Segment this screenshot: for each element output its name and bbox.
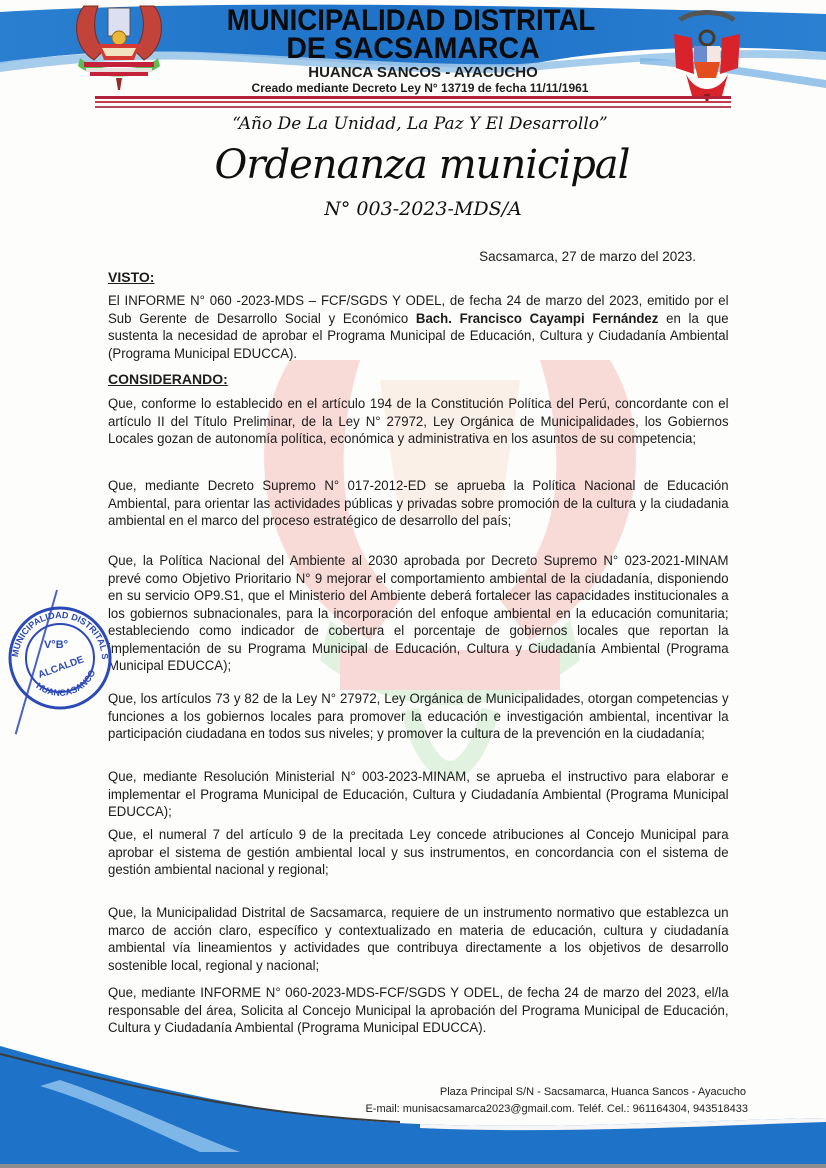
document-type-title: Ordenanza municipal [0, 142, 826, 188]
svg-text:V°B°: V°B° [44, 639, 68, 651]
year-motto: “Año De La Unidad, La Paz Y El Desarroll… [0, 114, 826, 134]
considerando-paragraph: Que, el numeral 7 del artículo 9 de la p… [108, 826, 729, 879]
page-bottom-edge [0, 1164, 826, 1168]
header-divider [95, 101, 731, 103]
footer-address: Plaza Principal S/N - Sacsamarca, Huanca… [440, 1086, 746, 1098]
ordinance-page: MUNICIPALIDAD DISTRITAL DE SACSAMARCA HU… [0, 0, 826, 1168]
considerando-paragraph: Que, la Política Nacional del Ambiente a… [108, 552, 729, 675]
municipality-creation-note: Creado mediante Decreto Ley N° 13719 de … [0, 81, 826, 95]
svg-text:ALCALDE: ALCALDE [37, 654, 86, 681]
considerando-paragraph: Que, mediante Decreto Supremo N° 017-201… [108, 477, 729, 530]
visto-official-name: Bach. Francisco Cayampi Fernández [416, 311, 658, 326]
considerando-paragraph: Que, mediante INFORME N° 060-2023-MDS-FC… [108, 984, 729, 1037]
footer-contact: E-mail: munisacsamarca2023@gmail.com. Te… [365, 1103, 748, 1115]
considerando-paragraph: Que, conforme lo establecido en el artíc… [108, 395, 729, 448]
mayor-approval-stamp-icon: MUNICIPALIDAD DISTRITAL SACSAMARCA HUANC… [4, 600, 116, 712]
considerando-paragraph: Que, la Municipalidad Distrital de Sacsa… [108, 904, 729, 974]
considerando-paragraph: Que, los artículos 73 y 82 de la Ley N° … [108, 690, 729, 743]
header-divider [95, 96, 731, 99]
considerando-heading: CONSIDERANDO: [108, 371, 228, 387]
considerando-paragraph: Que, mediante Resolución Ministerial N° … [108, 768, 729, 821]
municipality-title-line2: DE SACSAMARCA [21, 32, 806, 66]
header-divider [95, 106, 731, 108]
document-number: N° 003-2023-MDS/A [0, 198, 826, 220]
visto-paragraph: El INFORME N° 060 -2023-MDS – FCF/SGDS Y… [108, 292, 729, 362]
document-place-date: Sacsamarca, 27 de marzo del 2023. [479, 249, 696, 264]
visto-heading: VISTO: [108, 269, 154, 285]
municipality-location: HUANCA SANCOS - AYACUCHO [0, 64, 826, 81]
